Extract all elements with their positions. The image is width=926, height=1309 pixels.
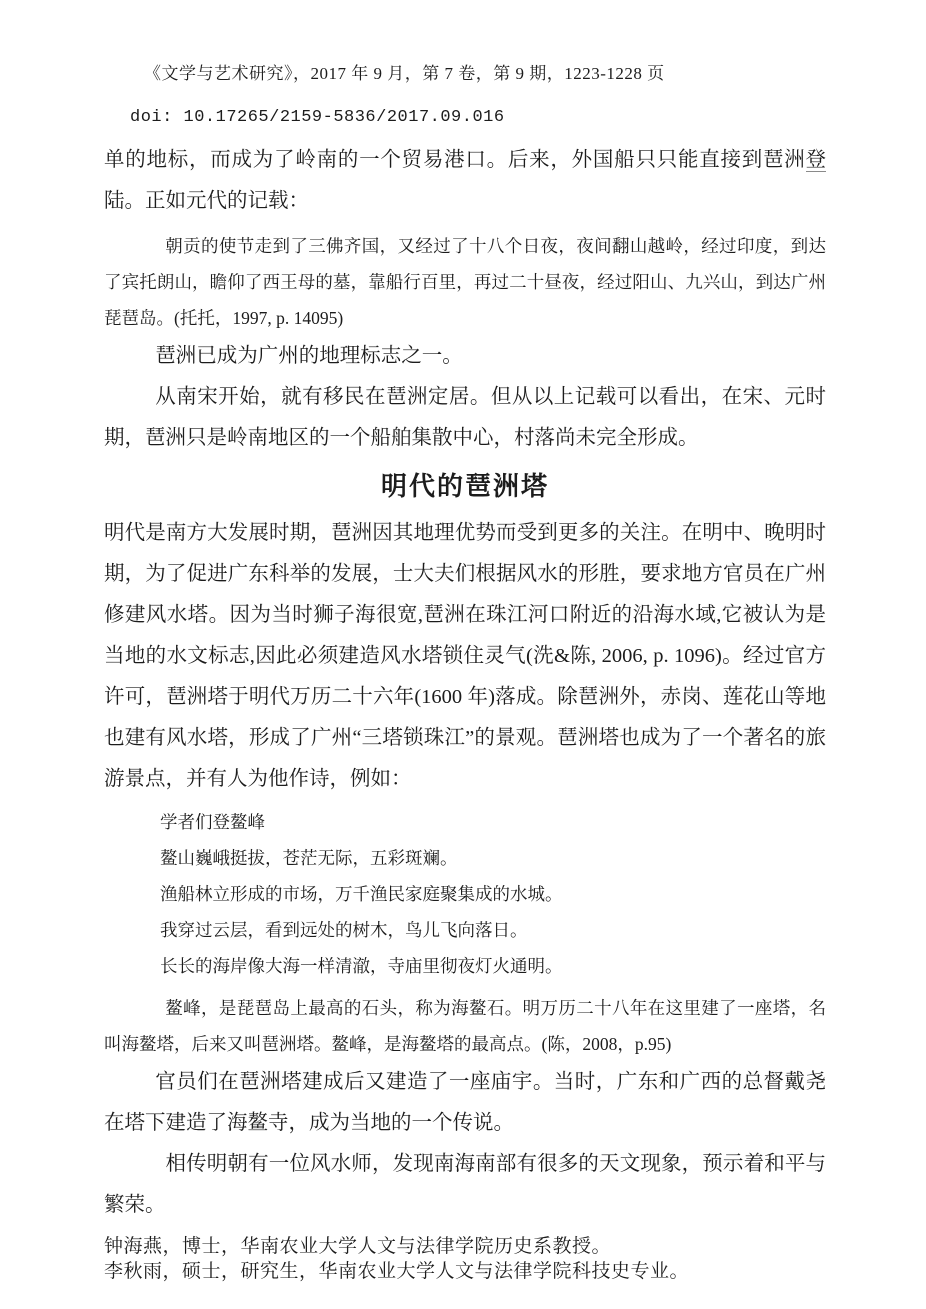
paragraph-ming-dynasty: 明代是南方大发展时期，琶洲因其地理优势而受到更多的关注。在明中、晚明时期，为了促…	[104, 513, 826, 800]
author-footnotes: 钟海燕，博士，华南农业大学人文与法律学院历史系教授。 李秋雨，硕士，研究生，华南…	[104, 1234, 826, 1284]
poem-title-line: 学者们登鳌峰	[104, 804, 826, 840]
text-run-before: 单的地标，而成为了岭南的一个贸易港口。后来，外国船只只能直接到琶洲	[104, 149, 806, 171]
poem-line: 长长的海岸像大海一样清澈，寺庙里彻夜灯火通明。	[104, 948, 826, 984]
section-heading: 明代的琶洲塔	[104, 469, 826, 505]
paragraph-fengshui-legend: 相传明朝有一位风水师，发现南海南部有很多的天文现象，预示着和平与繁荣。	[104, 1144, 826, 1226]
poem-line: 渔船林立形成的市场，万千渔民家庭聚集成的水城。	[104, 876, 826, 912]
footnote-author-1: 钟海燕，博士，华南农业大学人文与法律学院历史系教授。	[104, 1234, 826, 1259]
poem-block: 学者们登鳌峰 鳌山巍峨挺拔，苍茫无际，五彩斑斓。 渔船林立形成的市场，万千渔民家…	[104, 804, 826, 984]
paragraph-song-dynasty: 从南宋开始，就有移民在琶洲定居。但从以上记载可以看出，在宋、元时期，琶洲只是岭南…	[104, 377, 826, 459]
blockquote-aofeng: 鳌峰，是琵琶岛上最高的石头，称为海鳌石。明万历二十八年在这里建了一座塔，名叫海鳌…	[104, 990, 826, 1062]
journal-citation: 《文学与艺术研究》，2017 年 9 月，第 7 卷，第 9 期，1223-12…	[144, 62, 826, 86]
paragraph-temple: 官员们在琶洲塔建成后又建造了一座庙宇。当时，广东和广西的总督戴尧在塔下建造了海鳌…	[104, 1062, 826, 1144]
paragraph-landmark: 琶洲已成为广州的地理标志之一。	[104, 336, 826, 377]
text-run-after: 陆。正如元代的记载：	[104, 190, 309, 212]
paragraph-continuation: 单的地标，而成为了岭南的一个贸易港口。后来，外国船只只能直接到琶洲登陆。正如元代…	[104, 140, 826, 222]
doi-line: doi: 10.17265/2159-5836/2017.09.016	[130, 106, 826, 130]
document-page: 《文学与艺术研究》，2017 年 9 月，第 7 卷，第 9 期，1223-12…	[0, 0, 926, 1309]
footnote-author-2: 李秋雨，硕士，研究生，华南农业大学人文与法律学院科技史专业。	[104, 1259, 826, 1284]
blockquote-yuan-record: 朝贡的使节走到了三佛齐国，又经过了十八个日夜，夜间翻山越岭，经过印度，到达了宾托…	[104, 228, 826, 336]
poem-line: 鳌山巍峨挺拔，苍茫无际，五彩斑斓。	[104, 840, 826, 876]
poem-line: 我穿过云层，看到远处的树木，鸟儿飞向落日。	[104, 912, 826, 948]
article-body: 单的地标，而成为了岭南的一个贸易港口。后来，外国船只只能直接到琶洲登陆。正如元代…	[104, 140, 826, 1226]
underlined-character: 登	[806, 149, 827, 172]
journal-header: 《文学与艺术研究》，2017 年 9 月，第 7 卷，第 9 期，1223-12…	[104, 62, 826, 130]
